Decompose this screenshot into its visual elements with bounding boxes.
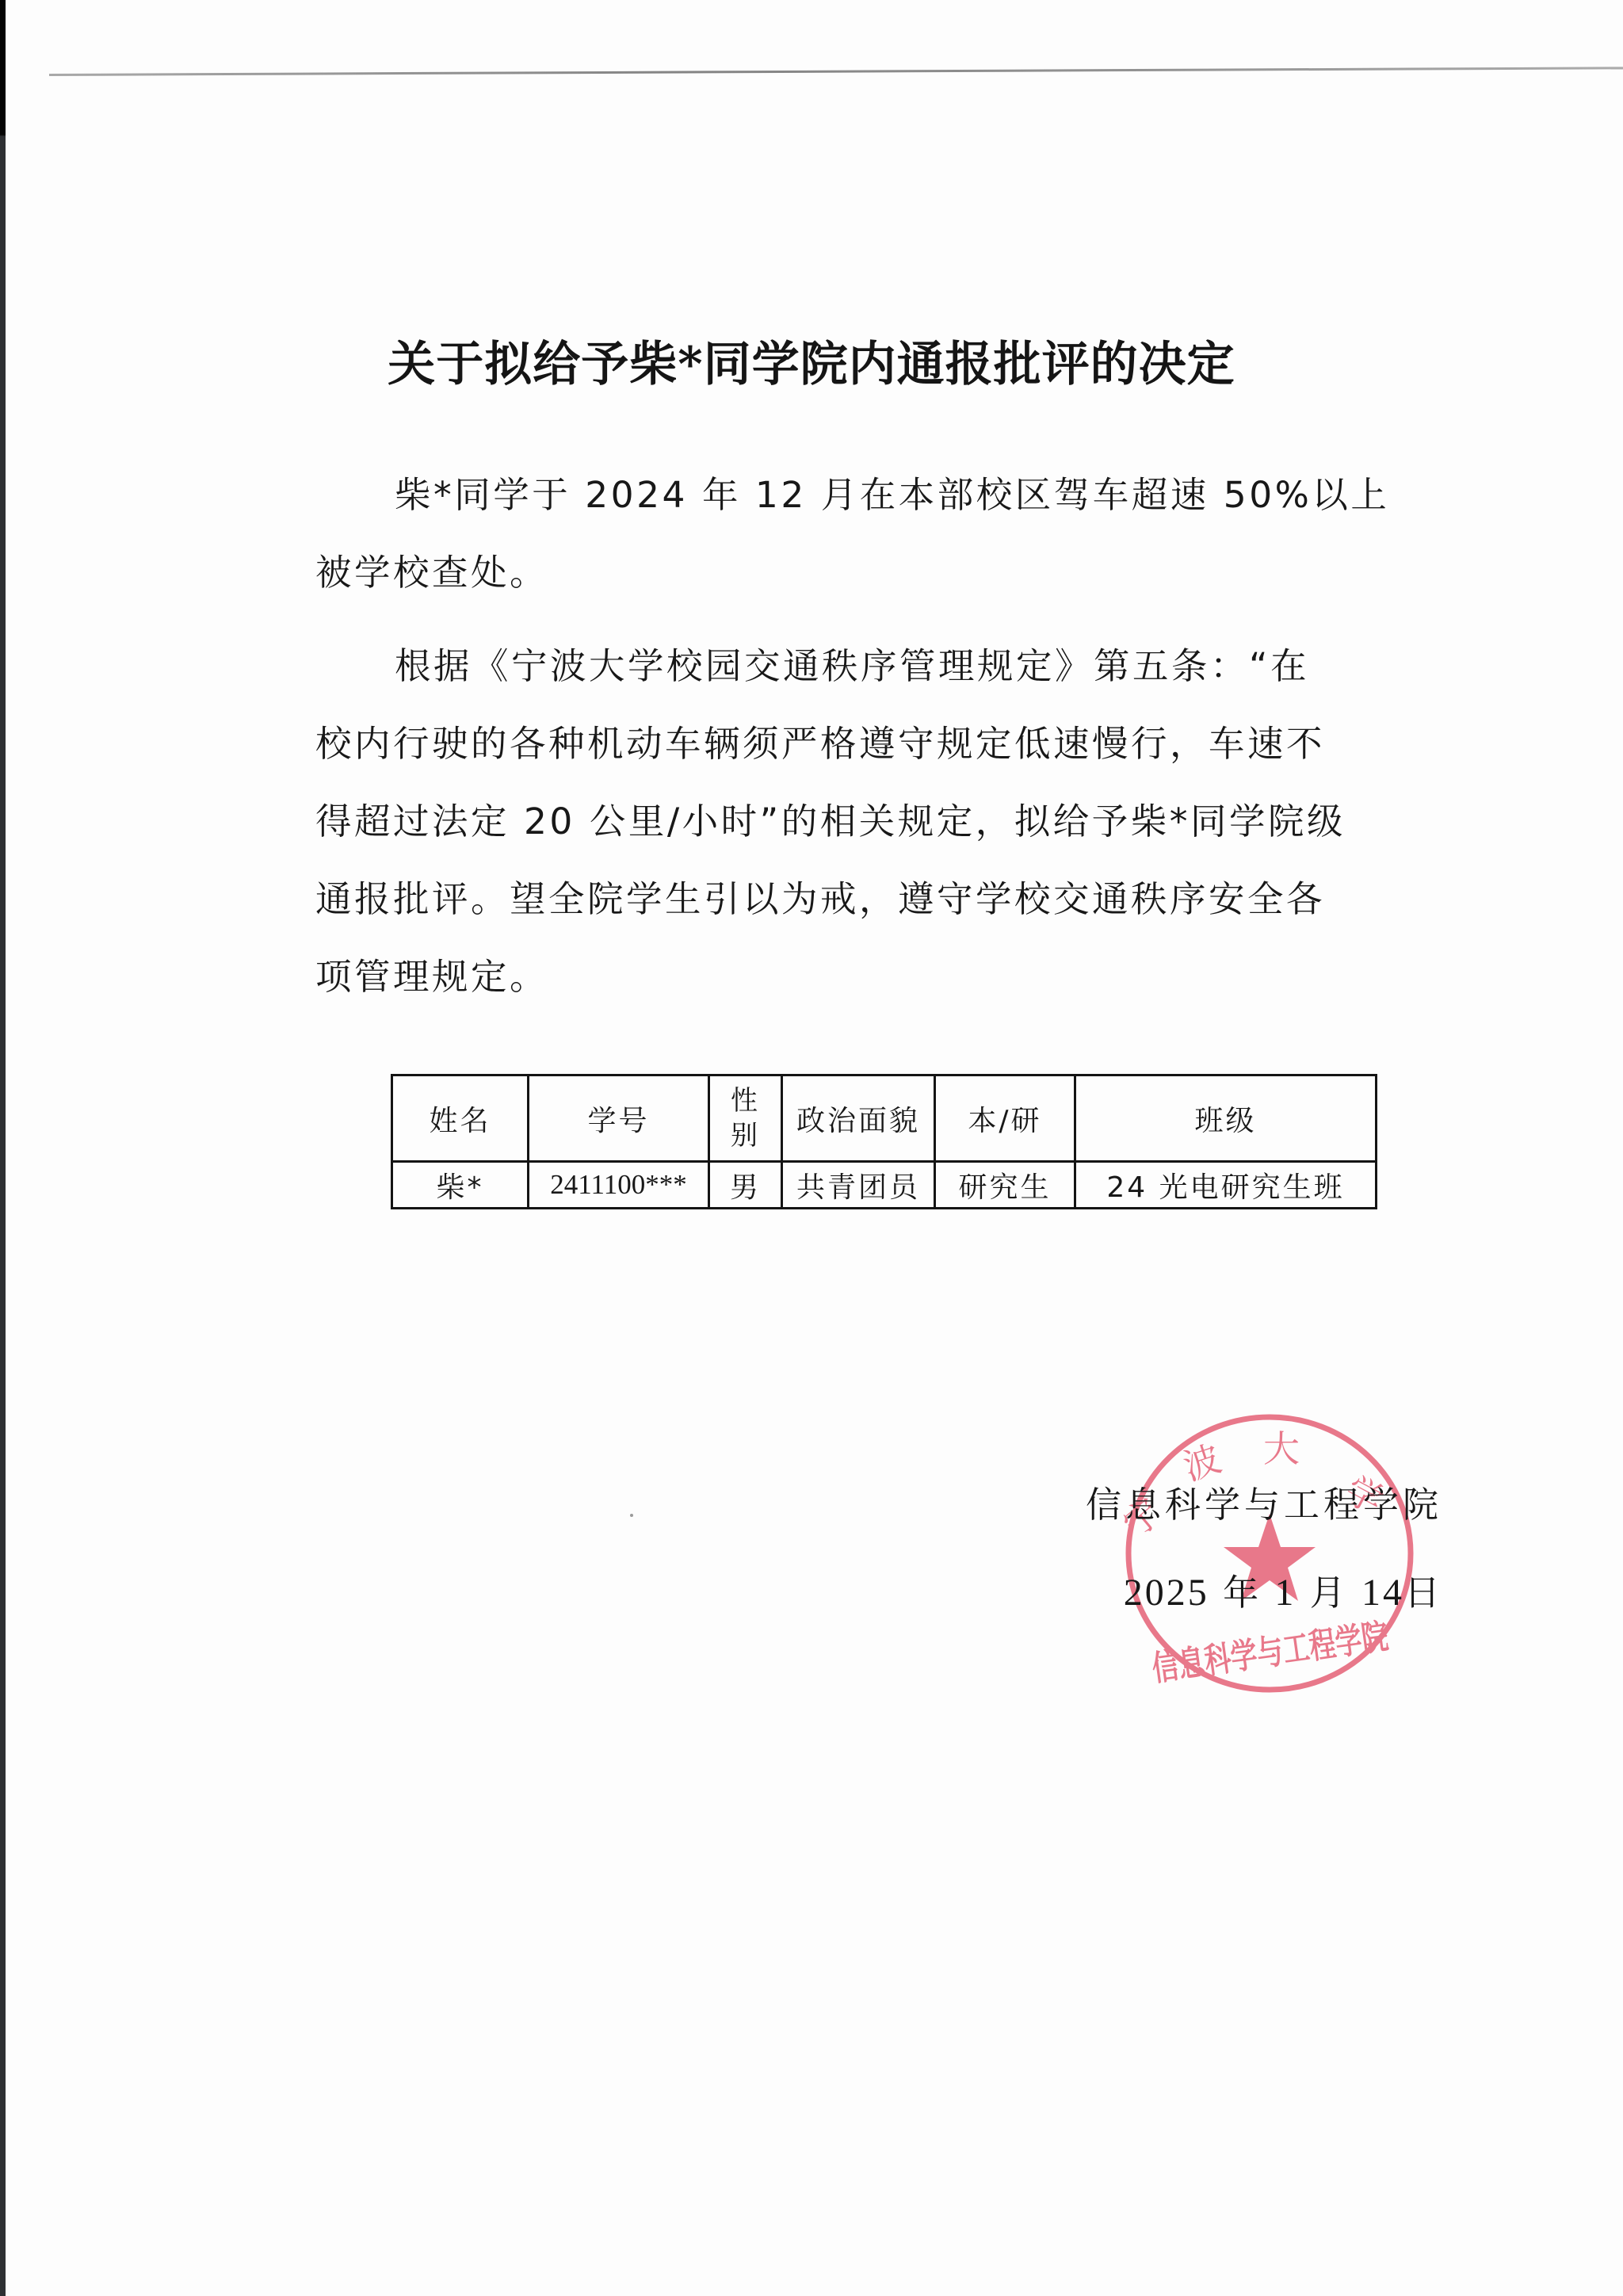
header-political-status: 政治面貌: [782, 1075, 935, 1162]
paragraph-line: 项管理规定。: [315, 938, 1441, 1016]
header-class: 班级: [1075, 1075, 1377, 1162]
signing-date: 2025 年 1 月 14日: [1038, 1564, 1442, 1615]
header-degree-level: 本/研: [935, 1075, 1075, 1162]
paragraph-incident: 柴*同学于 2024 年 12 月在本部校区驾车超速 50%以上 被学校查处。: [315, 457, 1441, 612]
cell-class: 24 光电研究生班: [1075, 1162, 1377, 1209]
date-month: 1: [1274, 1572, 1296, 1614]
date-day: 14: [1361, 1572, 1404, 1614]
paragraph-line: 柴*同学于 2024 年 12 月在本部校区驾车超速 50%以上: [315, 457, 1441, 534]
signing-organization: 信息科学与工程学院: [1038, 1476, 1442, 1527]
header-gender-line: 别: [731, 1120, 760, 1152]
paragraph-decision: 根据《宁波大学校园交通秩序管理规定》第五条：“在 校内行驶的各种机动车辆须严格遵…: [315, 628, 1441, 1016]
table-row: 柴* 2411100*** 男 共青团员 研究生 24 光电研究生班: [392, 1162, 1377, 1209]
official-seal: 宁 波 大 学 信息科学与工程学院: [1094, 1395, 1442, 1696]
header-gender-line: 性: [731, 1085, 760, 1117]
cell-political-status: 共青团员: [782, 1162, 935, 1209]
date-year: 2025: [1124, 1572, 1209, 1614]
seal-top-char: 大: [1263, 1427, 1300, 1470]
paragraph-line: 校内行驶的各种机动车辆须严格遵守规定低速慢行，车速不: [315, 705, 1441, 783]
scan-speck: [630, 1514, 633, 1517]
header-name: 姓名: [392, 1075, 529, 1162]
top-rule-line: [49, 67, 1623, 76]
cell-gender: 男: [709, 1162, 782, 1209]
paragraph-line: 得超过法定 20 公里/小时”的相关规定，拟给予柴*同学院级: [315, 783, 1441, 861]
cell-name: 柴*: [392, 1162, 529, 1209]
header-student-id: 学号: [529, 1075, 709, 1162]
cell-student-id: 2411100***: [529, 1162, 709, 1209]
paragraph-line: 被学校查处。: [315, 534, 1441, 612]
seal-graphic: 宁 波 大 学 信息科学与工程学院: [1094, 1395, 1442, 1696]
document-title: 关于拟给予柴*同学院内通报批评的决定: [0, 327, 1623, 395]
date-month-suffix: 月: [1296, 1572, 1361, 1614]
paragraph-line: 通报批评。望全院学生引以为戒，遵守学校交通秩序安全各: [315, 861, 1441, 938]
header-gender: 性 别: [709, 1075, 782, 1162]
table-header-row: 姓名 学号 性 别 政治面貌 本/研 班级: [392, 1075, 1377, 1162]
student-info-table: 姓名 学号 性 别 政治面貌 本/研 班级 柴* 2411100*** 男 共青…: [391, 1074, 1377, 1209]
date-year-suffix: 年: [1209, 1572, 1275, 1614]
paragraph-line: 根据《宁波大学校园交通秩序管理规定》第五条：“在: [315, 628, 1441, 705]
cell-degree-level: 研究生: [935, 1162, 1075, 1209]
date-day-suffix: 日: [1404, 1572, 1442, 1614]
seal-bottom-text: 信息科学与工程学院: [1150, 1616, 1391, 1689]
